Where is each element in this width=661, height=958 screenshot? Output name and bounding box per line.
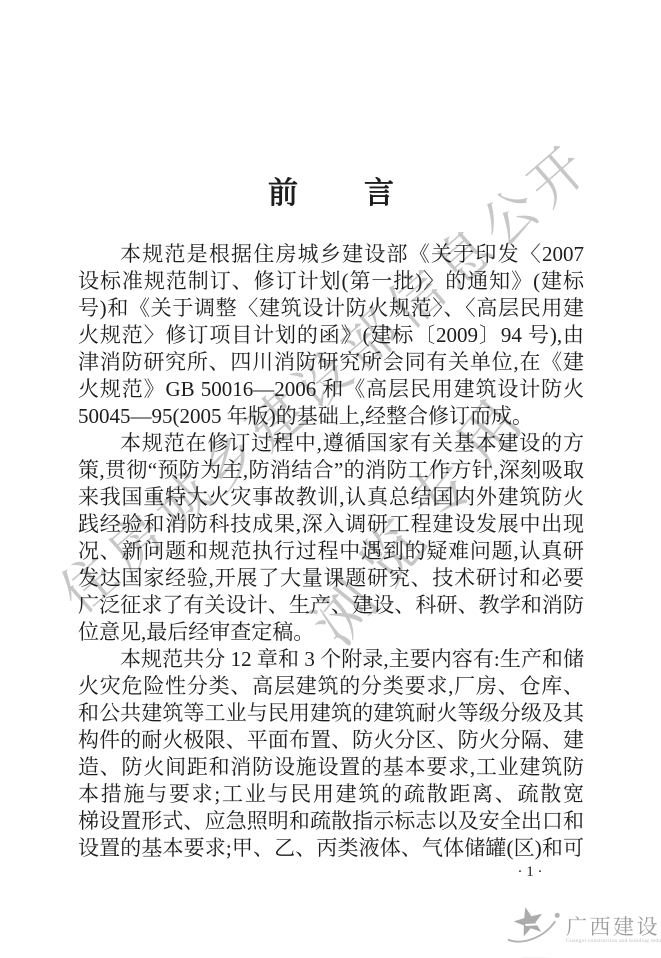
body-line: 来我国重特大火灾事故教训,认真总结国内外建筑防火设计实 bbox=[78, 484, 584, 511]
body-line: 梯设置形式、应急照明和疏散指示标志以及安全出口和疏散门 bbox=[78, 808, 584, 835]
body-line: 设标准规范制订、修订计划(第一批)〉的通知》(建标〔2007〕125 bbox=[78, 268, 584, 295]
body-line: 和公共建筑等工业与民用建筑的建筑耐火等级分级及其建筑 bbox=[78, 700, 584, 727]
page-number: · 1 · bbox=[480, 864, 580, 881]
body-line: 号)和《关于调整〈建筑设计防火规范〉、〈高层民用建筑设计防 bbox=[78, 295, 584, 322]
body-line: 发达国家经验,开展了大量课题研究、技术研讨和必要的试验, bbox=[78, 565, 584, 592]
body-line: 践经验和消防科技成果,深入调研工程建设发展中出现的新情 bbox=[78, 511, 584, 538]
body-line: 火规范〉修订项目计划的函》(建标〔2009〕94 号),由公安部天 bbox=[78, 322, 584, 349]
body-line: 广泛征求了有关设计、生产、建设、科研、教学和消防监督等单 bbox=[78, 592, 584, 619]
body-line: 津消防研究所、四川消防研究所会同有关单位,在《建筑设计防 bbox=[78, 349, 584, 376]
logo-name: 广西建设网 bbox=[566, 916, 661, 938]
body-line: 策,贯彻“预防为主,防消结合”的消防工作方针,深刻吸取近年 bbox=[78, 457, 584, 484]
body-line: 设置的基本要求;甲、乙、丙类液体、气体储罐(区)和可燃材料 bbox=[78, 835, 584, 862]
body-line: 造、防火间距和消防设施设置的基本要求,工业建筑防爆的基 bbox=[78, 754, 584, 781]
body-line: 50045—95(2005 年版)的基础上,经整合修订而成。 bbox=[78, 403, 584, 430]
document-page: 住房城乡建设部信息公开 浏览专用 前言 本规范是根据住房城乡建设部《关于印发〈2… bbox=[0, 0, 661, 958]
body-line: 本规范是根据住房城乡建设部《关于印发〈2007 年工程建 bbox=[78, 241, 584, 268]
body-line: 本措施与要求;工业与民用建筑的疏散距离、疏散宽度、疏散楼 bbox=[78, 781, 584, 808]
body-line: 构件的耐火极限、平面布置、防火分区、防火分隔、建筑防火构 bbox=[78, 727, 584, 754]
body-text: 本规范是根据住房城乡建设部《关于印发〈2007 年工程建 设标准规范制订、修订计… bbox=[78, 241, 584, 862]
gxjsw-logo: 广西建设网 Guangxi construction and building … bbox=[506, 898, 661, 958]
body-line: 位意见,最后经审查定稿。 bbox=[78, 619, 584, 646]
body-line: 本规范共分 12 章和 3 个附录,主要内容有:生产和储存的 bbox=[78, 646, 584, 673]
page-title: 前言 bbox=[78, 168, 584, 212]
logo-tagline: Guangxi construction and building indust… bbox=[566, 938, 661, 944]
star-icon bbox=[506, 898, 564, 958]
body-line: 火灾危险性分类、高层建筑的分类要求,厂房、仓库、住宅建筑 bbox=[78, 673, 584, 700]
body-line: 火规范》GB 50016—2006 和《高层民用建筑设计防火规范》GB bbox=[78, 376, 584, 403]
body-line: 况、新问题和规范执行过程中遇到的疑难问题,认真研究借鉴 bbox=[78, 538, 584, 565]
body-line: 本规范在修订过程中,遵循国家有关基本建设的方针政 bbox=[78, 430, 584, 457]
